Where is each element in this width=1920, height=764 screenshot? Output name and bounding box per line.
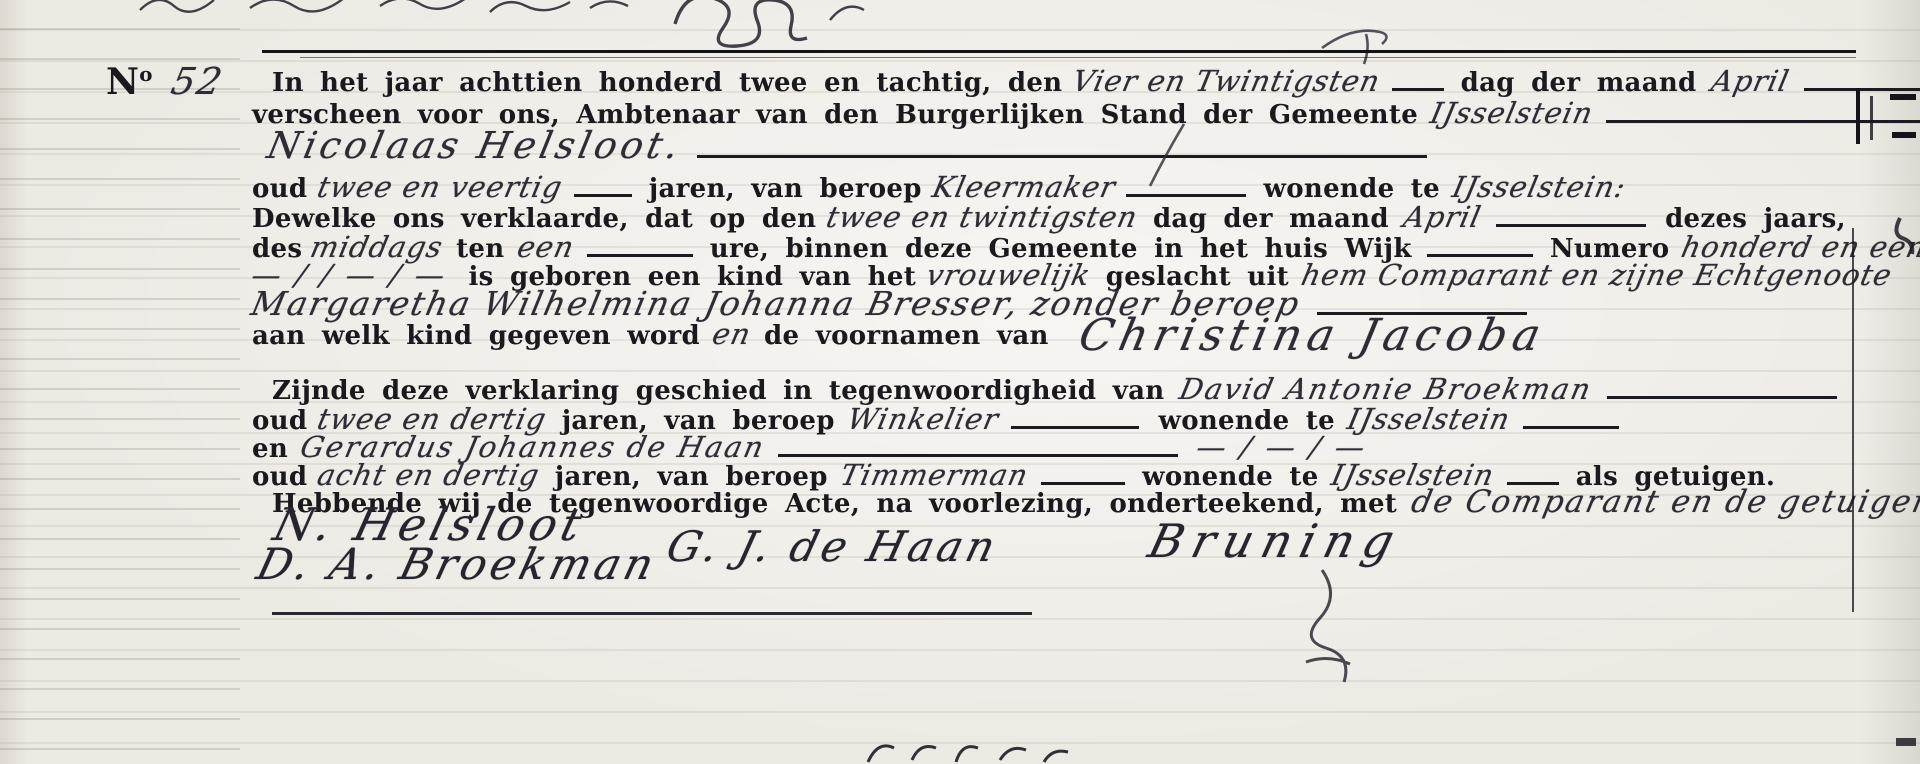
ink-flourish-top-right-icon [1316, 14, 1396, 68]
hw-declarant-residence: IJsselstein: [1449, 170, 1629, 204]
hw-birth-month: April [1400, 200, 1484, 234]
line-declarant-name: Nicolaas Helsloot. [268, 124, 1427, 167]
act-number-value: 52 [167, 60, 227, 103]
hw-birth-day: twee en twintigsten [824, 200, 1142, 234]
act-number-ordinal: o [139, 62, 153, 86]
fill-rule [1507, 468, 1559, 485]
printed-text: de voornamen van [764, 321, 1049, 351]
fill-rule [1126, 180, 1246, 197]
act-number: No 52 [106, 60, 223, 103]
hw-day-of-month: Vier en Twintigsten [1070, 64, 1384, 98]
binding-edge-line [1852, 228, 1854, 612]
line-witness-intro: Zijnde deze verklaring geschied in tegen… [272, 372, 1837, 406]
binding-mark [1896, 738, 1916, 746]
line-child-names: aan welk kind gegeven word en de voornam… [252, 310, 1545, 361]
birth-certificate-scan: No 52 In het jaar achttien honderd twee … [0, 0, 1920, 764]
fill-rule [1496, 210, 1646, 227]
cutoff-handwriting-bottom-icon [860, 736, 1080, 764]
hw-child-names: Christina Jacoba [1074, 310, 1550, 361]
fill-rule [1427, 240, 1533, 257]
fill-rule [1011, 412, 1139, 429]
hw-inserted-word: en [709, 317, 754, 351]
hw-witness1-name: David Antonie Broekman [1176, 372, 1595, 406]
hw-closing-parties: de Comparant en de getuigen [1408, 484, 1920, 520]
fill-rule [587, 240, 693, 257]
printed-text: dag der maand [1461, 68, 1697, 98]
binding-mark [1856, 88, 1860, 144]
hw-declarant-name: Nicolaas Helsloot. [263, 124, 686, 167]
top-separator-rule [262, 50, 1856, 53]
fill-rule [1804, 74, 1920, 91]
ledger-ruling-left-margin [0, 0, 240, 764]
hw-declarant-age: twee en veertig [315, 170, 566, 204]
printed-text: In het jaar achttien honderd twee en tac… [272, 68, 1062, 98]
fill-rule [574, 180, 632, 197]
fill-rule [1523, 412, 1619, 429]
fill-rule [1041, 468, 1125, 485]
registrar-flourish-icon [1252, 566, 1372, 696]
top-separator-rule-echo [300, 57, 1856, 58]
line-declarant-details: oud twee en veertig jaren, van beroep Kl… [252, 170, 1626, 204]
fill-rule [1607, 382, 1837, 399]
signature-registrar: Bruning [1143, 514, 1408, 568]
act-number-prefix: No [106, 61, 153, 103]
hw-declarant-occupation: Kleermaker [929, 170, 1119, 204]
line-year-date: In het jaar achttien honderd twee en tac… [272, 64, 1920, 98]
binding-mark [1892, 132, 1916, 138]
bottom-partial-rule [272, 612, 1032, 615]
cutoff-handwriting-top-icon [130, 0, 890, 50]
binding-mark [1870, 96, 1873, 140]
signature-witness2: G. J. de Haan [662, 522, 1004, 571]
binding-mark [1890, 94, 1916, 100]
printed-text: aan welk kind gegeven word [252, 321, 700, 351]
fill-rule [697, 141, 1427, 158]
line-birth-date: Dewelke ons verklaarde, dat op den twee … [252, 200, 1846, 234]
signature-witness1: D. A. Broekman [252, 540, 663, 590]
hw-gemeente: IJsselstein [1428, 96, 1597, 130]
hw-month: April [1708, 64, 1792, 98]
fill-rule [1392, 74, 1444, 91]
fill-rule [778, 440, 1178, 457]
